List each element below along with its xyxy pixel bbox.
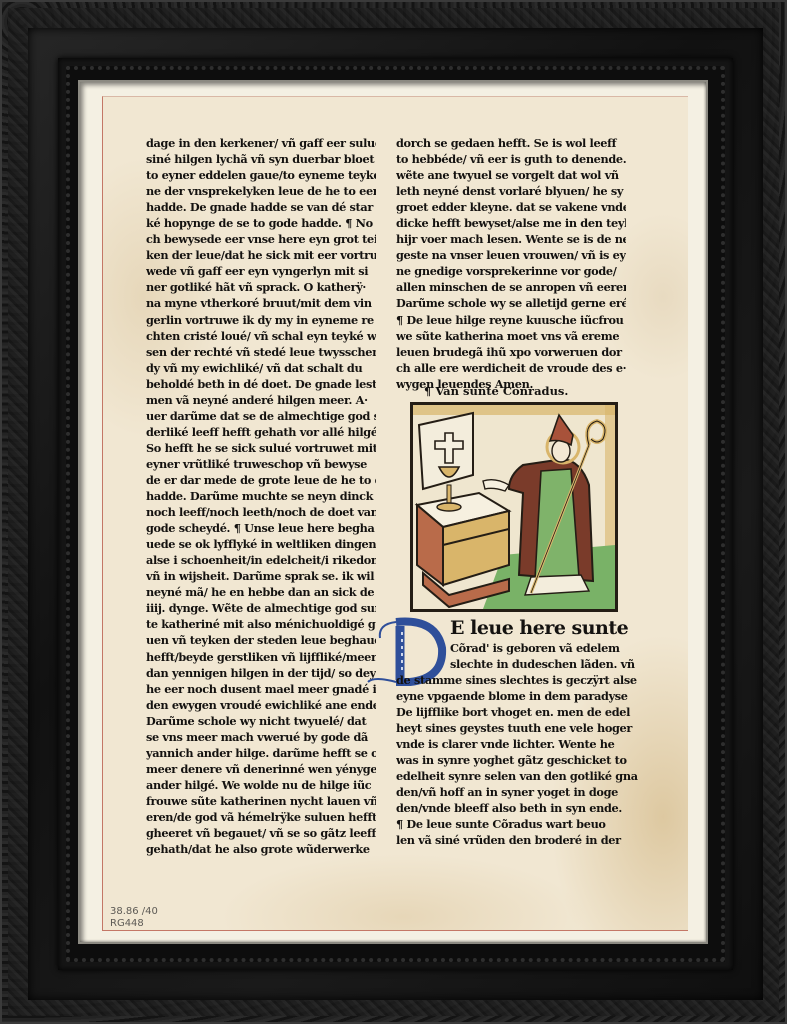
section-heading: E leue here sunte <box>450 617 628 639</box>
text-line: uede se ok lyfflyké in weltliken dingen/ <box>146 536 376 552</box>
text-line: he eer noch dusent mael meer gnadé in <box>146 681 376 697</box>
text-line: siné hilgen lychã vñ syn duerbar bloet <box>146 151 376 167</box>
text-line: we sũte katherina moet vns vã ereme <box>396 328 626 344</box>
text-line: gerlin vortruwe ik dy my in eyneme re <box>146 312 376 328</box>
text-line: len vã siné vrũden den broderé in der <box>396 832 638 848</box>
text-line: ne der vnsprekelyken leue de he to eer <box>146 183 376 199</box>
text-line: dicke hefft bewyset/alse me in den teyké <box>396 215 626 231</box>
text-line: den/vnde bleeff also beth in syn ende. <box>396 800 638 816</box>
text-line: gode scheydé. ¶ Unse leue here begha <box>146 520 376 536</box>
text-line: Darũme schole wy se alletijd gerne eré <box>396 295 626 311</box>
text-line: dage in den kerkener/ vñ gaff eer sulué <box>146 135 376 151</box>
text-line: So hefft he se sick sulué vortruwet mit <box>146 440 376 456</box>
text-line: ch alle ere werdicheit de vroude des e· <box>396 360 626 376</box>
text-line: heyt sines geystes tuuth ene vele hoger <box>396 720 638 736</box>
text-line: allen minschen de se anropen vñ eeren. <box>396 279 626 295</box>
text-line: beholdé beth in dé doet. De gnade lest <box>146 376 376 392</box>
text-line: wede vñ gaff eer eyn vyngerlyn mit si <box>146 263 376 279</box>
text-line: na myne vtherkoré bruut/mit dem vin <box>146 295 376 311</box>
text-line: de er dar mede de grote leue de he to er <box>146 472 376 488</box>
text-line: hadde. Darũme muchte se neyn dinck <box>146 488 376 504</box>
text-line: wẽte ane twyuel se vorgelt dat wol vñ <box>396 167 626 183</box>
text-line: gheeret vñ begauet/ vñ se so gãtz leeff <box>146 825 376 841</box>
text-line: alse i schoenheit/in edelcheit/i rikedom <box>146 552 376 568</box>
text-line: ken der leue/dat he sick mit eer vortru· <box>146 247 376 263</box>
text-line: chten cristé loué/ vñ schal eyn teyké we <box>146 328 376 344</box>
text-line: neyné mã/ he en hebbe dan an sick de <box>146 584 376 600</box>
text-line: leth neyné denst vorlaré blyuen/ he sy <box>396 183 626 199</box>
text-line: te katheriné mit also ménichuoldigé ga <box>146 616 376 632</box>
text-line: ch bewysede eer vnse here eyn grot tei <box>146 231 376 247</box>
rubric-heading: ¶ Van sunte Conradus. <box>424 384 568 398</box>
text-line: derliké leeff hefft gehath vor allé hilg… <box>146 424 376 440</box>
text-line: yannich ander hilge. darũme hefft se ok <box>146 745 376 761</box>
text-line: leuen brudegã ihũ xpo vorweruen dor <box>396 344 626 360</box>
pencil-annotation-line: RG448 <box>110 918 158 930</box>
text-line: dy vñ my ewichliké/ vñ dat schalt du <box>146 360 376 376</box>
text-line: den ewygen vroudé ewichliké ane ende <box>146 697 376 713</box>
text-line: ander hilgé. We wolde nu de hilge iũc <box>146 777 376 793</box>
text-line: den/vñ hoff an in syner yoget in doge <box>396 784 638 800</box>
text-line: ¶ De leue hilge reyne kuusche iũcfrou <box>396 312 626 328</box>
text-line: eyne vpgaende blome in dem paradyse <box>396 688 638 704</box>
text-line: hadde. De gnade hadde se van dé star <box>146 199 376 215</box>
text-line: ké hopynge de se to gode hadde. ¶ No <box>146 215 376 231</box>
text-line: slechte in dudeschen lãden. vñ <box>450 656 635 672</box>
text-line: frouwe sũte katherinen nycht lauen vñ <box>146 793 376 809</box>
text-line: ¶ De leue sunte Cõradus wart beuo <box>396 816 638 832</box>
text-line: was in synre yoghet gãtz geschicket to <box>396 752 638 768</box>
text-line: uen vñ teyken der steden leue beghauet <box>146 632 376 648</box>
text-line: meer denere vñ denerinné wen yényge <box>146 761 376 777</box>
woodcut-image <box>413 405 615 609</box>
text-line: De lijfflike bort vhoget en. men de edel <box>396 704 638 720</box>
text-line: dan yennigen hilgen in der tijd/ so deyt <box>146 665 376 681</box>
text-line: edelheit synre selen van den gotliké gna <box>396 768 638 784</box>
text-line: eyner vrũtliké truweschop vñ bewyse <box>146 456 376 472</box>
text-line: sen der rechté vñ stedé leue twysschen <box>146 344 376 360</box>
text-line: vnde is clarer vnde lichter. Wente he <box>396 736 638 752</box>
text-line: men vã neyné anderé hilgen meer. A· <box>146 392 376 408</box>
text-line: to hebbéde/ vñ eer is guth to denende. <box>396 151 626 167</box>
left-text-column: dage in den kerkener/ vñ gaff eer sulué … <box>146 135 376 857</box>
text-line: de stamme sines slechtes is geczÿrt alse <box>396 672 638 688</box>
text-line: vñ in wijsheit. Darũme sprak se. ik wil <box>146 568 376 584</box>
text-line: geste na vnser leuen vrouwen/ vñ is ey <box>396 247 626 263</box>
text-beside-initial: Cõrad' is geboren vã edelem slechte in d… <box>450 640 635 672</box>
right-text-column-top: dorch se gedaen hefft. Se is wol leeff t… <box>396 135 626 392</box>
right-text-column-bottom: de stamme sines slechtes is geczÿrt alse… <box>396 672 638 849</box>
text-line: uer darũme dat se de almechtige god sũ <box>146 408 376 424</box>
text-line: noch leeff/noch leeth/noch de doet van <box>146 504 376 520</box>
text-line: hijr voer mach lesen. Wente se is de ne <box>396 231 626 247</box>
text-line: iiij. dynge. Wẽte de almechtige god sun <box>146 600 376 616</box>
text-line: hefft/beyde gerstliken vñ lijffliké/meer <box>146 649 376 665</box>
text-line: gehath/dat he also grote wũderwerke <box>146 841 376 857</box>
woodcut-illustration-saint-conrad <box>410 402 618 612</box>
text-line: to eyner eddelen gaue/to eyneme teyke <box>146 167 376 183</box>
text-line: groet edder kleyne. dat se vakene vnde <box>396 199 626 215</box>
text-line: Darũme schole wy nicht twyuelé/ dat <box>146 713 376 729</box>
text-line: dorch se gedaen hefft. Se is wol leeff <box>396 135 626 151</box>
pencil-annotation: 38.86 /40 RG448 <box>110 906 158 930</box>
text-line: se vns meer mach vwerué by gode dã <box>146 729 376 745</box>
text-line: Cõrad' is geboren vã edelem <box>450 640 635 656</box>
text-line: ner gotliké hãt vñ sprack. O katherÿ· <box>146 279 376 295</box>
text-line: eren/de god vã hémelrÿke suluen hefft <box>146 809 376 825</box>
text-line: ne gnedige vorsprekerinne vor gode/ <box>396 263 626 279</box>
pencil-annotation-line: 38.86 /40 <box>110 906 158 918</box>
